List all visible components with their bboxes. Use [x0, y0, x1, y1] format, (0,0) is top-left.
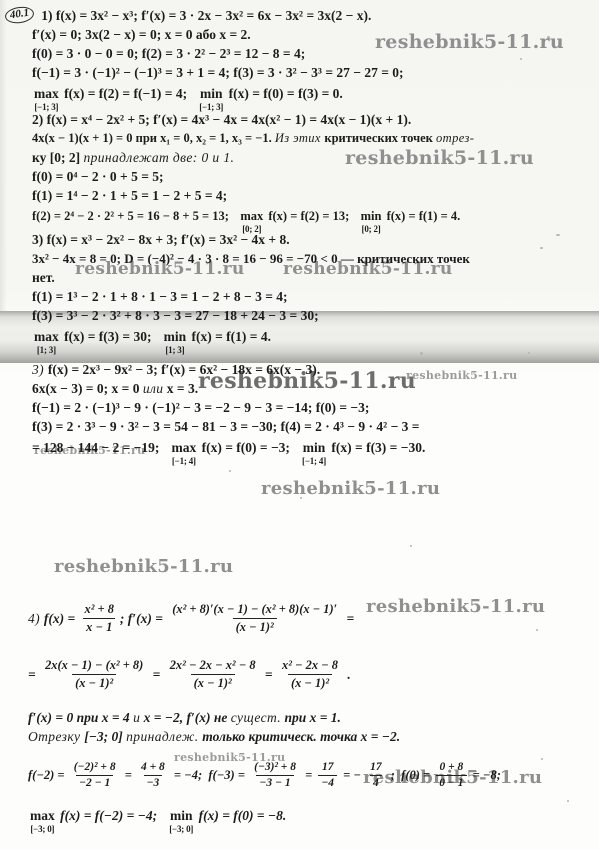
operator-name: min: [170, 809, 193, 823]
operator-name: max: [34, 87, 59, 101]
math-text: критических точек: [324, 129, 436, 148]
handwritten-text: Отрезку: [28, 727, 84, 746]
solution-section-5: 4) f(x) = x² + 8x − 1; f′(x) = (x² + 8)′…: [28, 592, 599, 834]
handwritten-text: сущест.: [231, 708, 281, 727]
math-text: [−3; 0]: [84, 727, 126, 746]
math-text: = −4; f(−3) =: [171, 766, 248, 785]
denominator: −3 − 1: [256, 775, 293, 791]
scan-speck: [410, 545, 412, 547]
fraction: 2x² − 2x − x² − 8(x − 1)²: [167, 657, 259, 690]
math-line: f(1) = 1⁴ − 2 · 1 + 5 = 1 − 2 + 5 = 4;: [32, 186, 599, 205]
minmax-operator: max[−1; 3]: [34, 87, 59, 112]
fraction: 174: [367, 760, 385, 791]
numerator: 0 + 8: [436, 760, 466, 775]
handwritten-text: принадлежат две: 0 и 1.: [83, 148, 234, 167]
numerator: 17: [367, 760, 385, 775]
math-line: f(3) = 3³ − 2 · 3² + 8 · 3 − 3 = 27 − 18…: [32, 306, 599, 325]
math-text: 1) f(x) = 3x² − x³; f′(x) = 3 · 2x − 3x²…: [41, 6, 371, 25]
math-text: 4x(x − 1)(x + 1) = 0 при x₁ = 0, x₂ = 1,…: [32, 129, 275, 148]
math-line: 3x² − 4x = 8 = 0; D = (−4)² − 4 · 3 · 8 …: [32, 249, 599, 268]
math-text: =: [343, 609, 354, 628]
fraction: (−2)² + 8−2 − 1: [71, 760, 119, 791]
operator-name: max: [240, 210, 263, 223]
math-text: x = 3.: [163, 379, 198, 398]
fraction: x² + 8x − 1: [82, 601, 117, 634]
denominator: −3: [144, 775, 163, 791]
operator-name: max: [30, 809, 55, 823]
math-text: ; f(0) =: [388, 766, 434, 785]
math-text: 2) f(x) = x⁴ − 2x² + 5; f′(x) = 4x³ − 4x…: [32, 110, 411, 129]
operator-name: min: [200, 87, 223, 101]
handwritten-text: отрез-: [436, 129, 474, 148]
math-line: ку [0; 2] принадлежат две: 0 и 1.: [32, 148, 599, 167]
handwritten-text: и: [133, 708, 140, 727]
solution-section-1: 40.11) f(x) = 3x² − x³; f′(x) = 3 · 2x −…: [32, 6, 599, 112]
math-text: f(1) = 1⁴ − 2 · 1 + 5 = 1 − 2 + 5 = 4;: [32, 186, 227, 205]
interval-subscript: [−3; 0]: [169, 825, 193, 834]
fraction: 4 + 8−3: [138, 760, 168, 791]
fraction: 17−4: [318, 760, 337, 791]
interval-subscript: [−1; 4]: [302, 457, 326, 466]
math-text: f(−2) =: [28, 766, 68, 785]
handwritten-text: или: [143, 379, 164, 398]
math-text: f(1) = 1³ − 2 · 1 + 8 · 1 − 3 = 1 − 2 + …: [32, 287, 288, 306]
math-text: f(2) = 2⁴ − 2 · 2² + 5 = 16 − 8 + 5 = 13…: [32, 207, 238, 226]
math-text: f(x) = f(3) = −30.: [328, 438, 425, 457]
operator-name: min: [303, 441, 326, 455]
math-line: f′(x) = 0; 3x(2 − x) = 0; x = 0 або x = …: [32, 25, 599, 44]
operator-name: max: [171, 441, 196, 455]
math-text: .: [344, 665, 351, 684]
math-text: x = −2, f′(x) не: [140, 708, 231, 727]
denominator: (x − 1)²: [72, 674, 116, 691]
minmax-operator: min[−3; 0]: [169, 809, 193, 834]
minmax-operator: max[1; 3]: [34, 330, 59, 355]
numerator: (−3)² + 8: [251, 760, 299, 775]
handwritten-text: 3): [32, 360, 48, 379]
math-line: 40.11) f(x) = 3x² − x³; f′(x) = 3 · 2x −…: [32, 6, 599, 25]
math-line: нет.: [32, 268, 599, 287]
math-line: = 128 − 144 − 2 = −19; max[−1; 4] f(x) =…: [32, 438, 599, 466]
fraction: 2x(x − 1) − (x² + 8)(x − 1)²: [42, 657, 146, 690]
math-text: f(−1) = 3 · (−1)² − (−1)³ = 3 + 1 = 4; f…: [32, 63, 404, 82]
fraction: x² − 2x − 8(x − 1)²: [279, 657, 341, 690]
denominator: −4: [318, 775, 337, 791]
fraction: 0 + 80 − 1: [436, 760, 466, 791]
handwritten-text: 4): [28, 609, 44, 628]
fraction: (x² + 8)′(x − 1) − (x² + 8)(x − 1)′(x − …: [169, 601, 340, 634]
solution-section-4: 3) f(x) = 2x³ − 9x² − 3; f′(x) = 6x² − 1…: [32, 360, 599, 466]
math-text: f(x) = f(1) = 4.: [188, 327, 271, 346]
scan-left-edge-shadow: [0, 0, 7, 340]
operator-name: min: [164, 330, 187, 344]
minmax-operator: min[−1; 4]: [302, 441, 326, 466]
interval-subscript: [−1; 4]: [172, 457, 196, 466]
math-line: f(−1) = 3 · (−1)² − (−1)³ = 3 + 1 = 4; f…: [32, 63, 599, 82]
numerator: (−2)² + 8: [71, 760, 119, 775]
math-line: Отрезку [−3; 0] принадлеж. только критич…: [28, 727, 599, 746]
fraction: (−3)² + 8−3 − 1: [251, 760, 299, 791]
denominator: 0 − 1: [436, 775, 466, 791]
math-text: f′(x) = 0 при x = 4: [28, 708, 133, 727]
watermark-text: reshebnik5-11.ru: [261, 478, 440, 499]
math-text: f(x) = f(0) = f(3) = 0.: [225, 84, 343, 103]
minmax-operator: max[−3; 0]: [30, 809, 55, 834]
solution-section-2: 2) f(x) = x⁴ − 2x² + 5; f′(x) = 4x³ − 4x…: [32, 110, 599, 234]
handwritten-text: принадлеж.: [126, 727, 202, 746]
math-text: f(3) = 2 · 3³ − 9 · 3² − 3 = 54 − 81 − 3…: [32, 417, 419, 436]
scan-speck: [229, 470, 231, 472]
math-text: =: [262, 665, 276, 684]
math-line: f′(x) = 0 при x = 4 и x = −2, f′(x) не с…: [28, 708, 599, 727]
math-text: f(x) = f(−2) = −4;: [57, 806, 167, 825]
numerator: 4 + 8: [138, 760, 168, 775]
math-line: f(3) = 2 · 3³ − 9 · 3² − 3 = 54 − 81 − 3…: [32, 417, 599, 436]
problem-number-badge: 40.1: [4, 5, 35, 25]
math-text: f(3) = 3³ − 2 · 3² + 8 · 3 − 3 = 27 − 18…: [32, 306, 319, 325]
watermark-text: reshebnik5-11.ru: [54, 556, 233, 577]
math-text: ; f′(x) =: [120, 609, 166, 628]
denominator: −2 − 1: [76, 775, 113, 791]
math-text: f(x) = f(0) = −8.: [195, 806, 286, 825]
math-text: =: [122, 766, 135, 785]
denominator: x − 1: [83, 618, 115, 635]
math-text: f(−1) = 2 · (−1)³ − 9 · (−1)² − 3 = −2 −…: [32, 398, 369, 417]
minmax-operator: min[−1; 3]: [199, 87, 223, 112]
numerator: (x² + 8)′(x − 1) − (x² + 8)(x − 1)′: [169, 601, 340, 617]
math-text: f′(x) = 0; 3x(2 − x) = 0; x = 0 або x = …: [32, 25, 251, 44]
interval-subscript: [1; 3]: [165, 346, 184, 355]
denominator: (x − 1)²: [288, 674, 332, 691]
denominator: 4: [370, 775, 382, 791]
numerator: 2x² − 2x − x² − 8: [167, 657, 259, 673]
math-text: f(x) = f(2) = 13;: [265, 207, 358, 226]
handwritten-text: Из этих: [275, 129, 325, 148]
math-text: 3x² − 4x = 8 = 0; D = (−4)² − 4 · 3 · 8 …: [32, 249, 470, 268]
operator-name: min: [361, 210, 382, 223]
math-text: f(0) = 3 · 0 − 0 = 0; f(2) = 3 · 2² − 2³…: [32, 44, 305, 63]
math-text: f(x) = f(0) = −3;: [198, 438, 300, 457]
numerator: x² + 8: [82, 601, 117, 617]
minmax-operator: min[1; 3]: [164, 330, 187, 355]
math-line: 3) f(x) = x³ − 2x² − 8x + 3; f′(x) = 3x²…: [32, 230, 599, 249]
math-line: = 2x(x − 1) − (x² + 8)(x − 1)² = 2x² − 2…: [28, 648, 599, 700]
math-text: 6x(x − 3) = 0; x = 0: [32, 379, 143, 398]
math-text: нет.: [32, 268, 55, 287]
math-line: 3) f(x) = 2x³ − 9x² − 3; f′(x) = 6x² − 1…: [32, 360, 599, 379]
math-line: 4) f(x) = x² + 8x − 1; f′(x) = (x² + 8)′…: [28, 592, 599, 644]
numerator: 2x(x − 1) − (x² + 8): [42, 657, 146, 673]
math-line: f(1) = 1³ − 2 · 1 + 8 · 1 − 3 = 1 − 2 + …: [32, 287, 599, 306]
math-text: f(x) = f(2) = f(−1) = 4;: [61, 84, 197, 103]
math-line: 2) f(x) = x⁴ − 2x² + 5; f′(x) = 4x³ − 4x…: [32, 110, 599, 129]
numerator: 17: [319, 760, 337, 775]
math-text: = −8;: [470, 766, 501, 785]
numerator: x² − 2x − 8: [279, 657, 341, 673]
math-line: f(0) = 0⁴ − 2 · 0 + 5 = 5;: [32, 167, 599, 186]
math-text: f(x) =: [44, 609, 79, 628]
math-text: 3) f(x) = x³ − 2x² − 8x + 3; f′(x) = 3x²…: [32, 230, 290, 249]
solution-section-3: 3) f(x) = x³ − 2x² − 8x + 3; f′(x) = 3x²…: [32, 230, 599, 355]
math-line: 4x(x − 1)(x + 1) = 0 при x₁ = 0, x₂ = 1,…: [32, 129, 599, 148]
denominator: (x − 1)²: [233, 618, 277, 635]
math-text: f(x) = f(3) = 30;: [61, 327, 162, 346]
math-line: max[1; 3] f(x) = f(3) = 30; min[1; 3] f(…: [32, 327, 599, 355]
math-line: f(−2) = (−2)² + 8−2 − 1 = 4 + 8−3 = −4; …: [28, 750, 599, 800]
math-text: =: [28, 665, 39, 684]
math-text: f(x) = 2x³ − 9x² − 3; f′(x) = 6x² − 18x …: [48, 360, 320, 379]
denominator: (x − 1)²: [191, 674, 235, 691]
math-line: max[−1; 3] f(x) = f(2) = f(−1) = 4; min[…: [32, 84, 599, 112]
math-text: f(0) = 0⁴ − 2 · 0 + 5 = 5;: [32, 167, 164, 186]
math-line: max[−3; 0] f(x) = f(−2) = −4; min[−3; 0]…: [28, 806, 599, 834]
math-line: 6x(x − 3) = 0; x = 0 или x = 3.: [32, 379, 599, 398]
interval-subscript: [−3; 0]: [30, 825, 54, 834]
math-line: f(−1) = 2 · (−1)³ − 9 · (−1)² − 3 = −2 −…: [32, 398, 599, 417]
minmax-operator: max[−1; 4]: [171, 441, 196, 466]
interval-subscript: [1; 3]: [37, 346, 56, 355]
math-text: = 128 − 144 − 2 = −19;: [32, 438, 169, 457]
math-text: ку [0; 2]: [32, 148, 83, 167]
operator-name: max: [34, 330, 59, 344]
math-line: f(0) = 3 · 0 − 0 = 0; f(2) = 3 · 2² − 2³…: [32, 44, 599, 63]
math-text: =: [302, 766, 315, 785]
math-text: только критическ. точка x = −2.: [202, 727, 400, 746]
math-text: f(x) = f(1) = 4.: [383, 207, 460, 226]
math-text: =: [149, 665, 163, 684]
math-text: при x = 1.: [281, 708, 341, 727]
math-text: = −: [340, 766, 364, 785]
